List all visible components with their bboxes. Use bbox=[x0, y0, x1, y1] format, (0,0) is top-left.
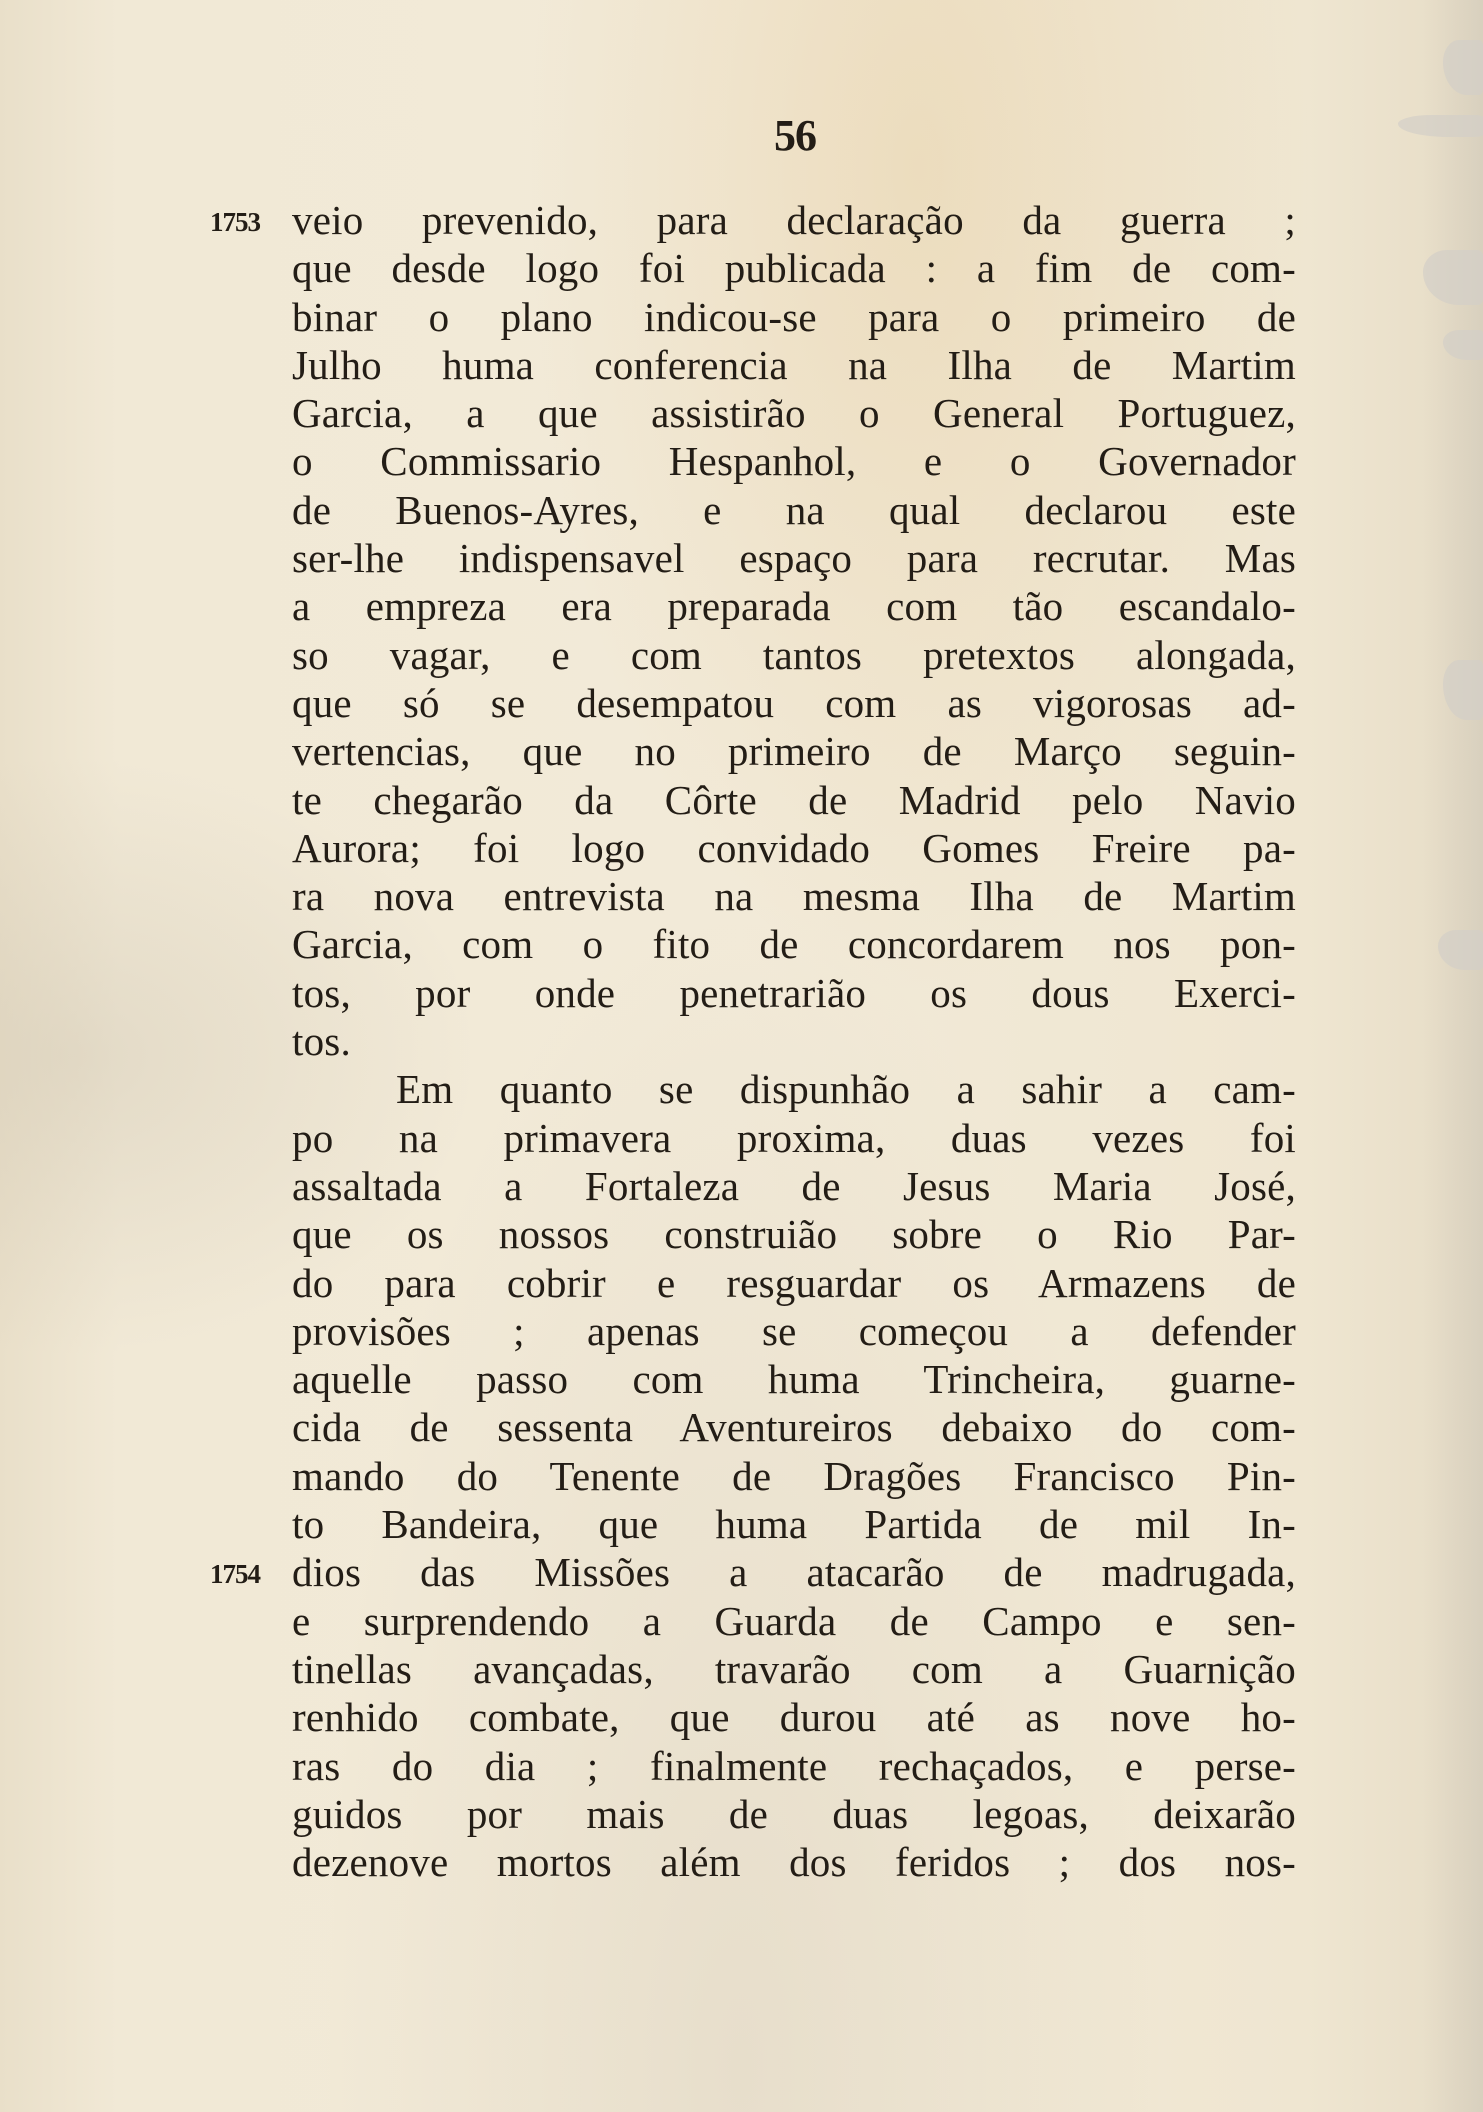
text-line-content: so vagar, e com tantos pretextos alongad… bbox=[292, 631, 1296, 679]
text-line-content: binar o plano indicou-se para o primeiro… bbox=[292, 293, 1296, 341]
text-line-content: to Bandeira, que huma Partida de mil In- bbox=[292, 1500, 1296, 1548]
text-line-content: renhido combate, que durou até as nove h… bbox=[292, 1693, 1296, 1741]
text-line: que só se desempatou com as vigorosas ad… bbox=[292, 679, 1296, 727]
text-line: ras do dia ; finalmente rechaçados, e pe… bbox=[292, 1742, 1296, 1790]
text-line-content: dios das Missões a atacarão de madrugada… bbox=[292, 1548, 1296, 1596]
scanned-book-page: 56 1753veio prevenido, para declaração d… bbox=[0, 0, 1483, 2112]
text-line: Aurora; foi logo convidado Gomes Freire … bbox=[292, 824, 1296, 872]
text-line: Garcia, a que assistirão o General Portu… bbox=[292, 389, 1296, 437]
text-line-content: tos, por onde penetrarião os dous Exerci… bbox=[292, 969, 1296, 1017]
text-line: guidos por mais de duas legoas, deixarão bbox=[292, 1790, 1296, 1838]
text-line: tinellas avançadas, travarão com a Guarn… bbox=[292, 1645, 1296, 1693]
text-line-content: mando do Tenente de Dragões Francisco Pi… bbox=[292, 1452, 1296, 1500]
text-line: to Bandeira, que huma Partida de mil In- bbox=[292, 1500, 1296, 1548]
body-text: 1753veio prevenido, para declaração da g… bbox=[292, 196, 1296, 1886]
text-line: dezenove mortos além dos feridos ; dos n… bbox=[292, 1838, 1296, 1886]
text-line: a empreza era preparada com tão escandal… bbox=[292, 582, 1296, 630]
page-number: 56 bbox=[0, 110, 1483, 161]
text-line: mando do Tenente de Dragões Francisco Pi… bbox=[292, 1452, 1296, 1500]
text-line-content: do para cobrir e resguardar os Armazens … bbox=[292, 1259, 1296, 1307]
text-line-content: te chegarão da Côrte de Madrid pelo Navi… bbox=[292, 776, 1296, 824]
text-line-content: po na primavera proxima, duas vezes foi bbox=[292, 1114, 1296, 1162]
text-line-content: tinellas avançadas, travarão com a Guarn… bbox=[292, 1645, 1296, 1693]
text-line: aquelle passo com huma Trincheira, guarn… bbox=[292, 1355, 1296, 1403]
text-line: po na primavera proxima, duas vezes foi bbox=[292, 1114, 1296, 1162]
margin-year-note: 1754 bbox=[210, 1550, 260, 1598]
text-line: binar o plano indicou-se para o primeiro… bbox=[292, 293, 1296, 341]
text-line: 1753veio prevenido, para declaração da g… bbox=[292, 196, 1296, 244]
text-line: que desde logo foi publicada : a fim de … bbox=[292, 244, 1296, 292]
text-line-content: ser-lhe indispensavel espaço para recrut… bbox=[292, 534, 1296, 582]
text-line: tos, por onde penetrarião os dous Exerci… bbox=[292, 969, 1296, 1017]
text-line: tos. bbox=[292, 1017, 1296, 1065]
text-line-content: tos. bbox=[292, 1017, 1296, 1065]
margin-year-note: 1753 bbox=[210, 198, 260, 246]
text-line-content: dezenove mortos além dos feridos ; dos n… bbox=[292, 1838, 1296, 1886]
text-line: 1754dios das Missões a atacarão de madru… bbox=[292, 1548, 1296, 1596]
text-line-content: que desde logo foi publicada : a fim de … bbox=[292, 244, 1296, 292]
text-line: Em quanto se dispunhão a sahir a cam- bbox=[292, 1065, 1296, 1113]
text-line-content: de Buenos-Ayres, e na qual declarou este bbox=[292, 486, 1296, 534]
text-line: vertencias, que no primeiro de Março seg… bbox=[292, 727, 1296, 775]
text-line-content: que só se desempatou com as vigorosas ad… bbox=[292, 679, 1296, 727]
text-line: e surprendendo a Guarda de Campo e sen- bbox=[292, 1597, 1296, 1645]
text-line: assaltada a Fortaleza de Jesus Maria Jos… bbox=[292, 1162, 1296, 1210]
text-line-content: Aurora; foi logo convidado Gomes Freire … bbox=[292, 824, 1296, 872]
text-line-content: cida de sessenta Aventureiros debaixo do… bbox=[292, 1403, 1296, 1451]
page-edge-shadow bbox=[1423, 0, 1483, 2112]
text-line-content: o Commissario Hespanhol, e o Governador bbox=[292, 437, 1296, 485]
text-line: Garcia, com o fito de concordarem nos po… bbox=[292, 920, 1296, 968]
text-line: do para cobrir e resguardar os Armazens … bbox=[292, 1259, 1296, 1307]
text-line-content: ras do dia ; finalmente rechaçados, e pe… bbox=[292, 1742, 1296, 1790]
text-line-content: Em quanto se dispunhão a sahir a cam- bbox=[396, 1065, 1296, 1113]
text-line: te chegarão da Côrte de Madrid pelo Navi… bbox=[292, 776, 1296, 824]
text-line-content: que os nossos construião sobre o Rio Par… bbox=[292, 1210, 1296, 1258]
text-line: ser-lhe indispensavel espaço para recrut… bbox=[292, 534, 1296, 582]
text-line-content: vertencias, que no primeiro de Março seg… bbox=[292, 727, 1296, 775]
text-line: de Buenos-Ayres, e na qual declarou este bbox=[292, 486, 1296, 534]
text-line-content: guidos por mais de duas legoas, deixarão bbox=[292, 1790, 1296, 1838]
text-line-content: Garcia, a que assistirão o General Portu… bbox=[292, 389, 1296, 437]
text-line: so vagar, e com tantos pretextos alongad… bbox=[292, 631, 1296, 679]
text-line: cida de sessenta Aventureiros debaixo do… bbox=[292, 1403, 1296, 1451]
text-line-content: assaltada a Fortaleza de Jesus Maria Jos… bbox=[292, 1162, 1296, 1210]
text-line-content: aquelle passo com huma Trincheira, guarn… bbox=[292, 1355, 1296, 1403]
text-line-content: e surprendendo a Guarda de Campo e sen- bbox=[292, 1597, 1296, 1645]
text-line-content: provisões ; apenas se começou a defender bbox=[292, 1307, 1296, 1355]
text-line-content: ra nova entrevista na mesma Ilha de Mart… bbox=[292, 872, 1296, 920]
text-line: Julho huma conferencia na Ilha de Martim bbox=[292, 341, 1296, 389]
text-line-content: Julho huma conferencia na Ilha de Martim bbox=[292, 341, 1296, 389]
text-line: provisões ; apenas se começou a defender bbox=[292, 1307, 1296, 1355]
text-line: renhido combate, que durou até as nove h… bbox=[292, 1693, 1296, 1741]
text-line: ra nova entrevista na mesma Ilha de Mart… bbox=[292, 872, 1296, 920]
text-line-content: a empreza era preparada com tão escandal… bbox=[292, 582, 1296, 630]
text-line: o Commissario Hespanhol, e o Governador bbox=[292, 437, 1296, 485]
text-line-content: Garcia, com o fito de concordarem nos po… bbox=[292, 920, 1296, 968]
text-line-content: veio prevenido, para declaração da guerr… bbox=[292, 196, 1296, 244]
text-line: que os nossos construião sobre o Rio Par… bbox=[292, 1210, 1296, 1258]
